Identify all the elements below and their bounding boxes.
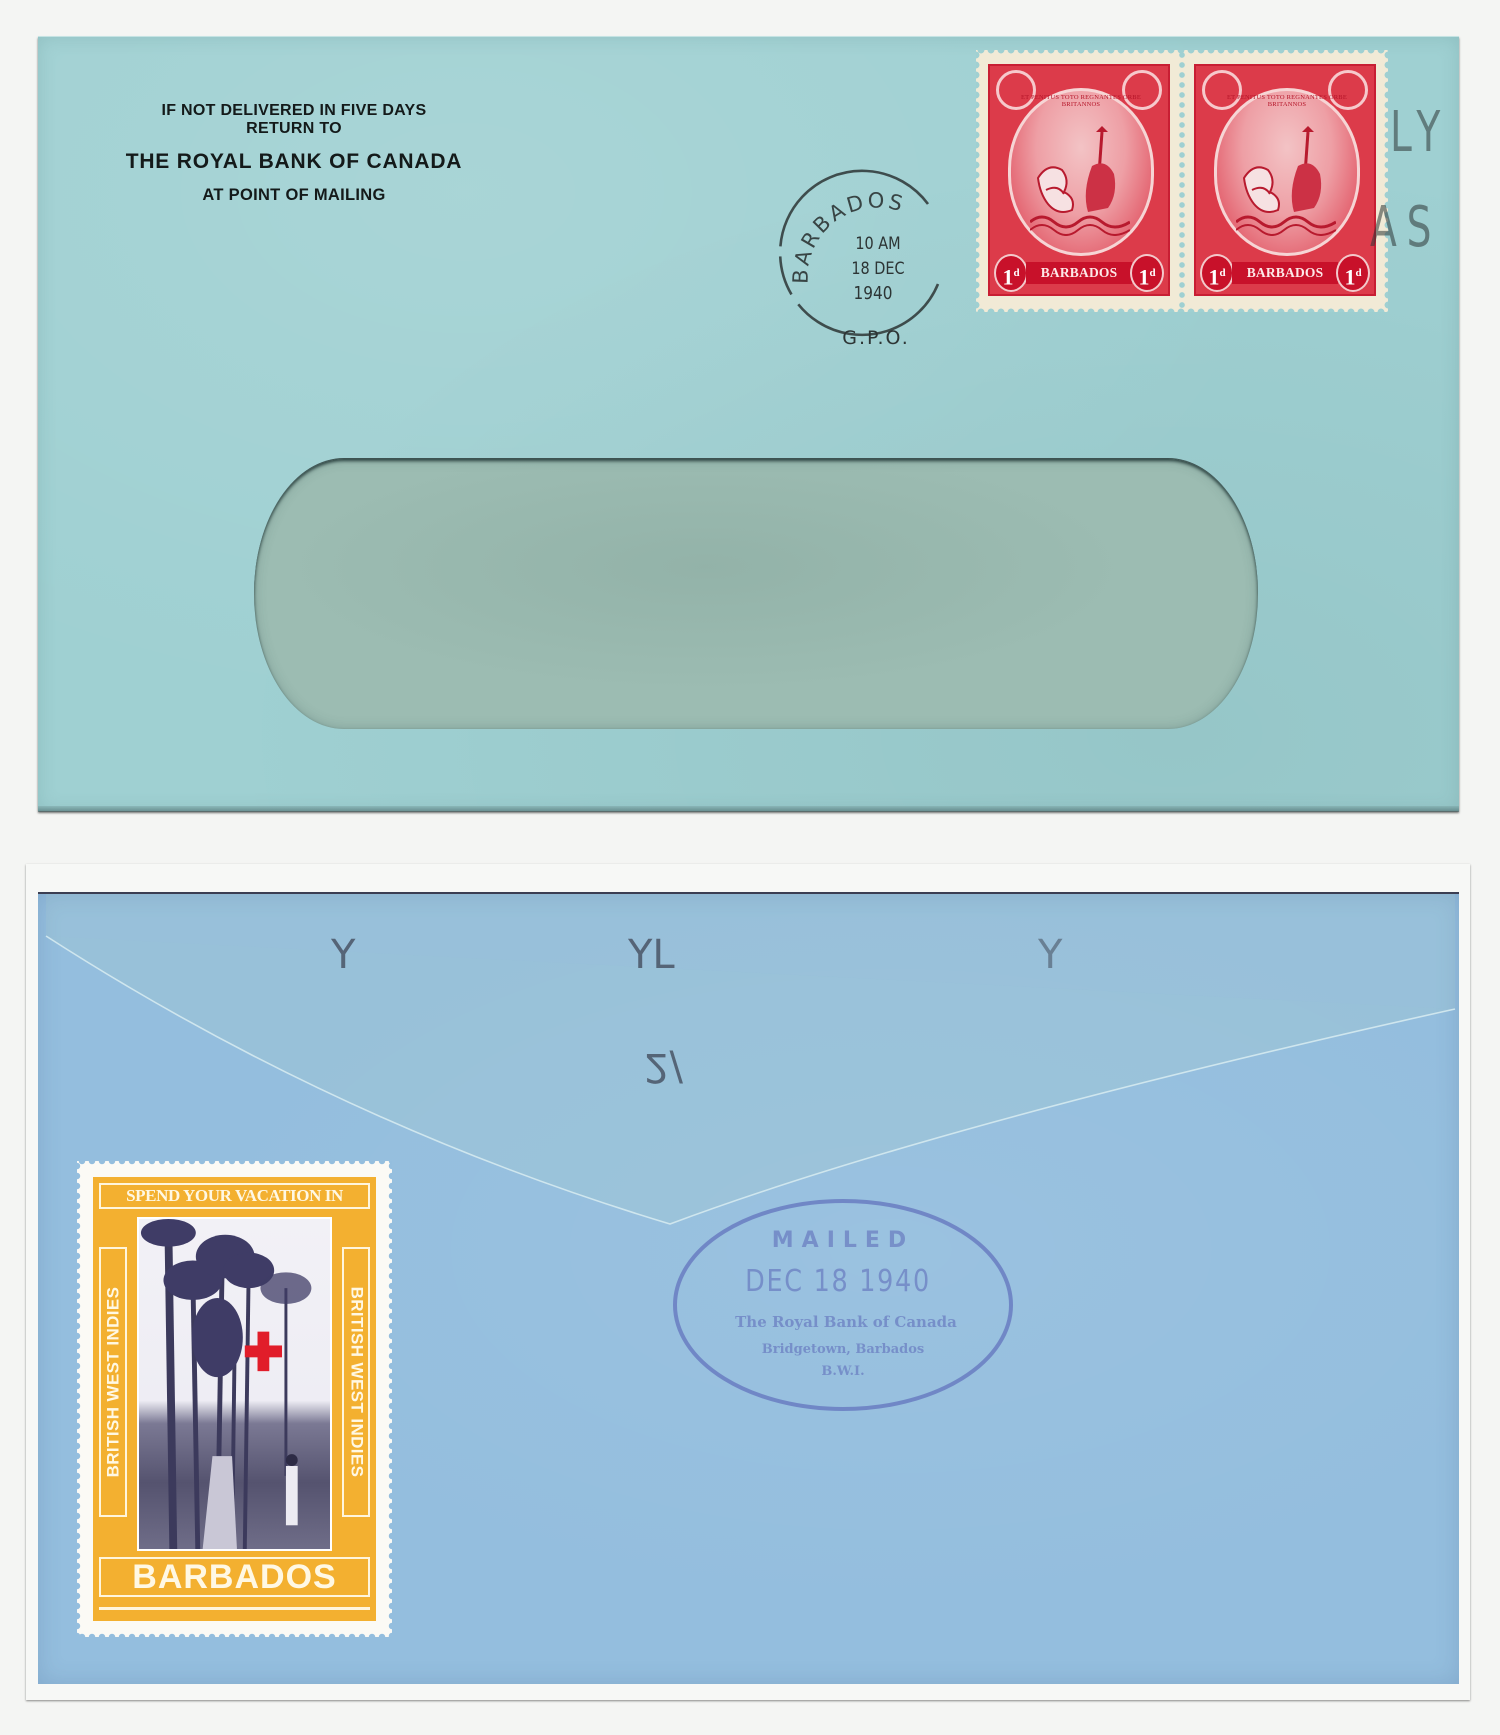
cachet-bank-name: The Royal Bank of Canada	[735, 1313, 957, 1331]
palm-tree-photo	[137, 1217, 332, 1551]
label-side-text-right: BRITISH WEST INDIES	[342, 1247, 370, 1517]
return-notice-line-4: AT POINT OF MAILING	[84, 186, 504, 204]
pencil-mark: YL	[628, 932, 675, 978]
postmark-date: 18 DEC	[851, 258, 904, 278]
pencil-mark: Y	[1038, 932, 1062, 978]
tourism-charity-label: SPEND YOUR VACATION IN BRITISH WEST INDI…	[77, 1161, 392, 1637]
return-notice-line-1: IF NOT DELIVERED IN FIVE DAYS	[84, 102, 504, 120]
stamp-value-left: 1d	[994, 254, 1028, 292]
stamp-motto: ET PENITUS TOTO REGNANTES ORBE BRITANNOS	[1012, 94, 1150, 108]
stamp-1d-barbados: ET PENITUS TOTO REGNANTES ORBE BRITANNOS…	[1194, 64, 1376, 296]
britannia-seahorses-icon	[1236, 126, 1336, 236]
bank-mailed-cachet: MAILED DEC 18 1940 The Royal Bank of Can…	[668, 1193, 1018, 1417]
pencil-mark: 2/	[644, 1044, 683, 1090]
cachet-location: Bridgetown, Barbados	[762, 1342, 924, 1357]
address-window	[254, 458, 1258, 729]
envelope-front-edge	[38, 806, 1459, 812]
return-notice-bank-name: THE ROYAL BANK OF CANADA	[84, 150, 504, 174]
label-bottom-text: BARBADOS	[99, 1557, 370, 1597]
stamp-country: BARBADOS	[1026, 262, 1132, 284]
stamp-1d-barbados: ET PENITUS TOTO REGNANTES ORBE BRITANNOS…	[988, 64, 1170, 296]
postmark-time: 10 AM	[855, 233, 900, 253]
circular-datestamp: BARBADOS 10 AM 18 DEC 1940 G.P.O.	[778, 164, 968, 354]
pencil-mark: Y	[331, 932, 355, 978]
stamp-value-right: 1d	[1336, 254, 1370, 292]
postmark-year: 1940	[854, 282, 893, 304]
label-side-text-left: BRITISH WEST INDIES	[99, 1247, 127, 1517]
stamp-motto: ET PENITUS TOTO REGNANTES ORBE BRITANNOS	[1218, 94, 1356, 108]
stamp-pair: ET PENITUS TOTO REGNANTES ORBE BRITANNOS…	[976, 50, 1388, 312]
cachet-region: B.W.I.	[821, 1364, 864, 1379]
label-top-text: SPEND YOUR VACATION IN	[99, 1183, 370, 1209]
stamp-value-left: 1d	[1200, 254, 1234, 292]
stamp-country: BARBADOS	[1232, 262, 1338, 284]
britannia-seahorses-icon	[1030, 126, 1130, 236]
cachet-line-1: MAILED	[772, 1228, 914, 1253]
postmark-office: G.P.O.	[842, 327, 910, 349]
red-cross-icon	[245, 1332, 282, 1372]
return-notice-line-2: RETURN TO	[84, 120, 504, 138]
return-address-notice: IF NOT DELIVERED IN FIVE DAYS RETURN TO …	[84, 102, 504, 204]
cachet-date: DEC 18 1940	[745, 1263, 931, 1299]
label-rule	[99, 1607, 370, 1610]
stamp-value-right: 1d	[1130, 254, 1164, 292]
